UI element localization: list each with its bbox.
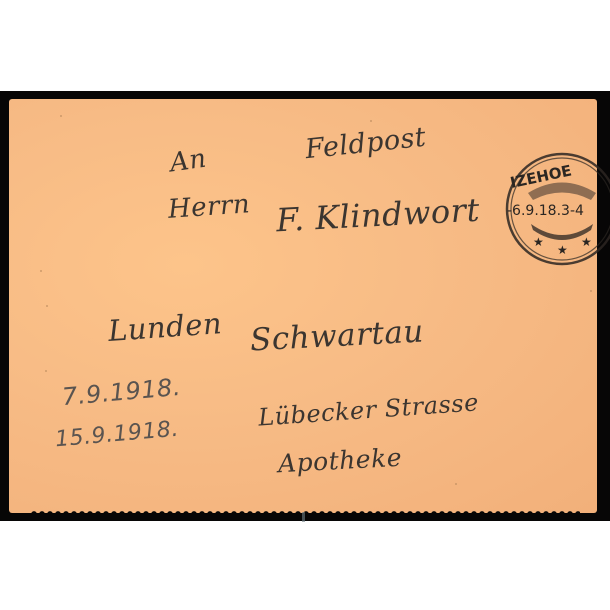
paper-speck (46, 305, 48, 307)
fold-mark (302, 512, 305, 522)
paper-speck (455, 483, 457, 485)
salutation-an: An (168, 144, 208, 179)
paper-speck (370, 120, 372, 122)
svg-text:★: ★ (533, 235, 544, 249)
salutation-herrn: Herrn (167, 189, 251, 225)
paper-speck (45, 370, 47, 372)
postmark-date: -6.9.18.3-4 (507, 203, 584, 219)
svg-text:★: ★ (581, 235, 592, 249)
svg-text:★: ★ (557, 243, 568, 257)
paper-speck (60, 115, 62, 117)
itzehoe-postmark: IZEHOE -6.9.18.3-4 ★ ★ ★ (503, 150, 610, 268)
paper-speck (40, 270, 42, 272)
paper-speck (590, 290, 592, 292)
